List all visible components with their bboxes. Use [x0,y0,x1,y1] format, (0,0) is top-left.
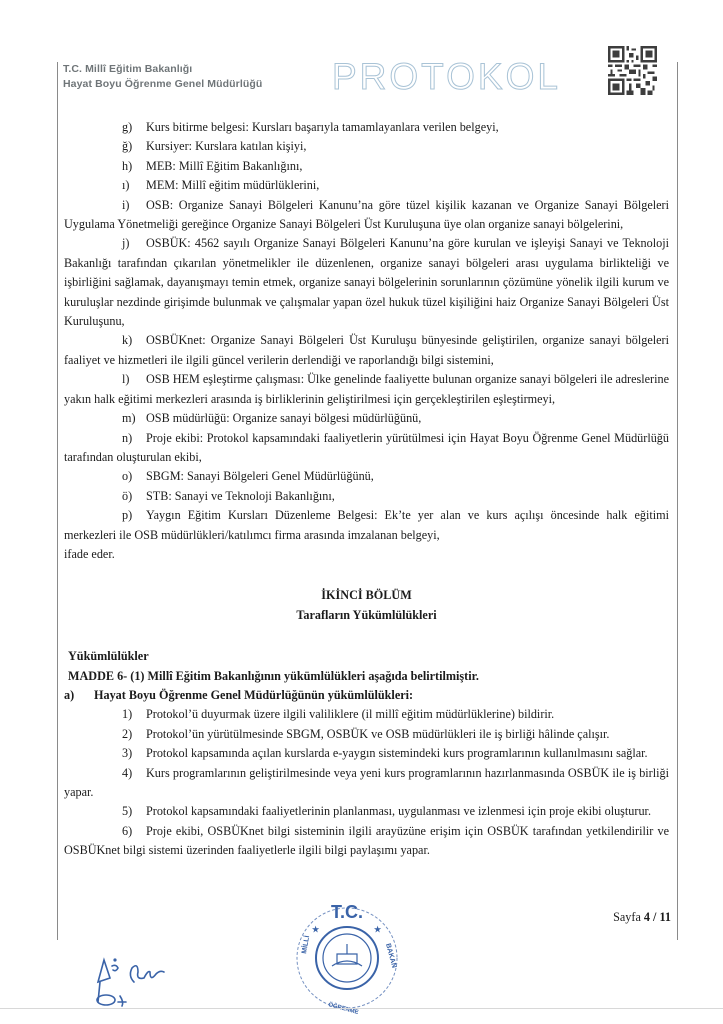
definition-item: k)OSBÜKnet: Organize Sanayi Bölgeleri Üs… [64,331,669,370]
definition-item: n)Proje ekibi: Protokol kapsamındaki faa… [64,429,669,468]
definition-item: ğ)Kursiyer: Kurslara katılan kişiyi, [64,137,669,156]
svg-text:★: ★ [312,925,320,934]
definition-item-text: STB: Sanayi ve Teknoloji Bakanlığını, [146,489,335,503]
obligation-item: 4)Kurs programlarının geliştirilmesinde … [64,764,669,803]
definition-item-text: Kursiyer: Kurslara katılan kişiyi, [146,139,306,153]
document-type-title: PROTOKOL [332,57,561,97]
obligation-item-label: 6) [122,822,146,841]
page-number: Sayfa 4 / 11 [613,910,671,925]
obligation-item-text: Protokol kapsamındaki faaliyetlerinin pl… [146,804,651,818]
obligation-item-label: 3) [122,744,146,763]
definition-item-label: j) [122,234,146,253]
definition-item-text: Yaygın Eğitim Kursları Düzenleme Belgesi… [64,508,669,541]
sub-heading-text: Hayat Boyu Öğrenme Genel Müdürlüğünün yü… [94,688,413,702]
definitions-list: g)Kurs bitirme belgesi: Kursları başarıy… [64,118,669,545]
definition-item: p)Yaygın Eğitim Kursları Düzenleme Belge… [64,506,669,545]
definition-item-text: Proje ekibi: Protokol kapsamındaki faali… [64,431,669,464]
definition-item-text: OSB: Organize Sanayi Bölgeleri Kanunu’na… [64,198,669,231]
definition-item-label: h) [122,157,146,176]
definition-item-label: ö) [122,487,146,506]
frame-right-border [677,62,678,940]
definition-item-label: ğ) [122,137,146,156]
header-organization: T.C. Millî Eğitim Bakanlığı Hayat Boyu Ö… [63,62,262,92]
section-title: İKİNCİ BÖLÜM [64,586,669,605]
frame-left-border [57,62,58,940]
obligation-item-text: Protokol’ün yürütülmesinde SBGM, OSBÜK v… [146,727,609,741]
definition-item-label: m) [122,409,146,428]
obligations-list: 1)Protokol’ü duyurmak üzere ilgili valil… [64,705,669,860]
definition-item-label: n) [122,429,146,448]
definition-item-text: MEB: Millî Eğitim Bakanlığını, [146,159,302,173]
org-line-2: Hayat Boyu Öğrenme Genel Müdürlüğü [63,77,262,92]
sub-heading: a)Hayat Boyu Öğrenme Genel Müdürlüğünün … [64,686,669,705]
definition-item: l)OSB HEM eşleştirme çalışması: Ülke gen… [64,370,669,409]
definition-item: ı)MEM: Millî eğitim müdürlüklerini, [64,176,669,195]
obligation-item: 6)Proje ekibi, OSBÜKnet bilgi sisteminin… [64,822,669,861]
obligation-item: 5)Protokol kapsamındaki faaliyetlerinin … [64,802,669,821]
definition-item-label: p) [122,506,146,525]
definition-item-label: i) [122,196,146,215]
obligation-item-text: Kurs programlarının geliştirilmesinde ve… [64,766,669,799]
page-bottom-edge [0,1008,723,1009]
definition-item: o)SBGM: Sanayi Bölgeleri Genel Müdürlüğü… [64,467,669,486]
definition-item: h)MEB: Millî Eğitim Bakanlığını, [64,157,669,176]
sub-heading-label: a) [64,686,94,705]
definition-item: g)Kurs bitirme belgesi: Kursları başarıy… [64,118,669,137]
svg-text:★: ★ [374,925,382,934]
obligation-item-label: 1) [122,705,146,724]
definition-item-label: ı) [122,176,146,195]
definition-item-text: OSBÜK: 4562 sayılı Organize Sanayi Bölge… [64,236,669,328]
obligation-item: 1)Protokol’ü duyurmak üzere ilgili valil… [64,705,669,724]
definition-item-text: OSB HEM eşleştirme çalışması: Ülke genel… [64,372,669,405]
definition-item-label: o) [122,467,146,486]
definition-item-text: SBGM: Sanayi Bölgeleri Genel Müdürlüğünü… [146,469,374,483]
definition-item-label: k) [122,331,146,350]
obligation-item-label: 5) [122,802,146,821]
obligation-item-text: Proje ekibi, OSBÜKnet bilgi sisteminin i… [64,824,669,857]
obligation-item-label: 2) [122,725,146,744]
definition-item: ö)STB: Sanayi ve Teknoloji Bakanlığını, [64,487,669,506]
obligation-item: 2)Protokol’ün yürütülmesinde SBGM, OSBÜK… [64,725,669,744]
document-body: g)Kurs bitirme belgesi: Kursları başarıy… [64,118,669,861]
obligation-item: 3)Protokol kapsamında açılan kurslarda e… [64,744,669,763]
qr-code-icon [608,46,657,95]
definition-item: j)OSBÜK: 4562 sayılı Organize Sanayi Böl… [64,234,669,331]
page-total: 11 [659,910,671,924]
obligation-item-text: Protokol’ü duyurmak üzere ilgili valilik… [146,707,554,721]
definition-item-text: OSB müdürlüğü: Organize sanayi bölgesi m… [146,411,421,425]
definitions-closing: ifade eder. [64,545,669,564]
stamp-text: T.C. [331,902,363,922]
official-seal-icon: T.C. MİLLİ BAKAN ÖĞRENME ★★ [290,896,404,1014]
obligations-heading: Yükümlülükler [64,647,669,666]
section-subtitle: Tarafların Yükümlülükleri [64,606,669,625]
obligation-item-text: Protokol kapsamında açılan kurslarda e-y… [146,746,648,760]
article-heading: MADDE 6- (1) Millî Eğitim Bakanlığının y… [64,667,669,686]
definition-item: i)OSB: Organize Sanayi Bölgeleri Kanunu’… [64,196,669,235]
page-prefix: Sayfa [613,910,641,924]
definition-item-label: g) [122,118,146,137]
definition-item-text: Kurs bitirme belgesi: Kursları başarıyla… [146,120,499,134]
org-line-1: T.C. Millî Eğitim Bakanlığı [63,62,262,77]
definition-item-text: MEM: Millî eğitim müdürlüklerini, [146,178,319,192]
definition-item-label: l) [122,370,146,389]
definition-item-text: OSBÜKnet: Organize Sanayi Bölgeleri Üst … [64,333,669,366]
signature-icon [90,952,190,1012]
definition-item: m)OSB müdürlüğü: Organize sanayi bölgesi… [64,409,669,428]
obligation-item-label: 4) [122,764,146,783]
